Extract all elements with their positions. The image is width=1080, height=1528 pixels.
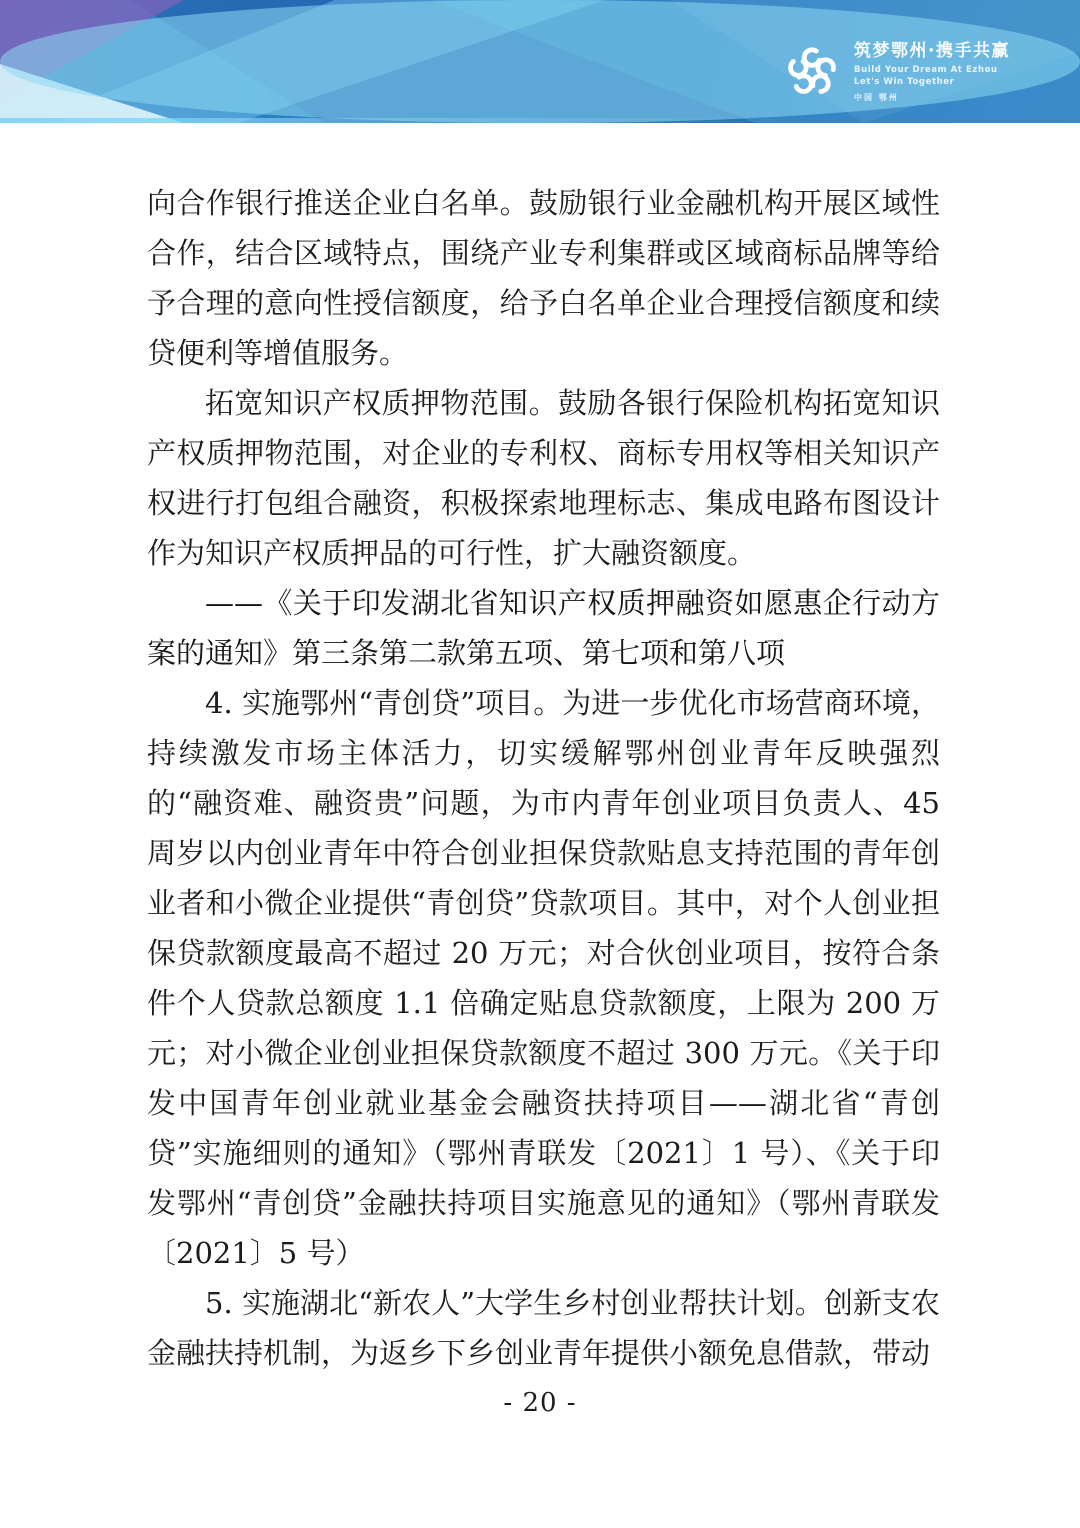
page-number: - 20 - <box>0 1388 1080 1418</box>
brand-subtitle-en-line1: Build Your Dream At Ezhou <box>854 65 1010 76</box>
brand-text-block: 筑梦鄂州·携手共赢 Build Your Dream At Ezhou Let'… <box>854 41 1010 103</box>
paragraph-qingchuangdai-item4: 4. 实施鄂州“青创贷”项目。为进一步优化市场营商环境，持续激发市场主体活力，切… <box>147 678 940 1278</box>
paragraph-bank-whitelist: 向合作银行推送企业白名单。鼓励银行业金融机构开展区域性合作，结合区域特点，围绕产… <box>147 178 940 378</box>
brand-title-cn: 筑梦鄂州·携手共赢 <box>854 41 1010 62</box>
paragraph-xinnongren-item5: 5. 实施湖北“新农人”大学生乡村创业帮扶计划。创新支农金融扶持机制，为返乡下乡… <box>147 1278 940 1378</box>
citation-source: ——《关于印发湖北省知识产权质押融资如愿惠企行动方案的通知》第三条第二款第五项、… <box>147 578 940 678</box>
plum-blossom-logo-icon <box>782 40 842 104</box>
header-banner: 筑梦鄂州·携手共赢 Build Your Dream At Ezhou Let'… <box>0 0 1080 123</box>
brand-subtitle-en-line2: Let's Win Together <box>854 77 1010 88</box>
document-page: 筑梦鄂州·携手共赢 Build Your Dream At Ezhou Let'… <box>0 0 1080 1528</box>
brand-subtitle-cn: 中国 鄂州 <box>854 93 1010 103</box>
paragraph-pledge-scope: 拓宽知识产权质押物范围。鼓励各银行保险机构拓宽知识产权质押物范围，对企业的专利权… <box>147 378 940 578</box>
brand-logo: 筑梦鄂州·携手共赢 Build Your Dream At Ezhou Let'… <box>782 40 1010 104</box>
document-body: 向合作银行推送企业白名单。鼓励银行业金融机构开展区域性合作，结合区域特点，围绕产… <box>147 178 940 1378</box>
banner-bottom-edge <box>0 118 1080 123</box>
